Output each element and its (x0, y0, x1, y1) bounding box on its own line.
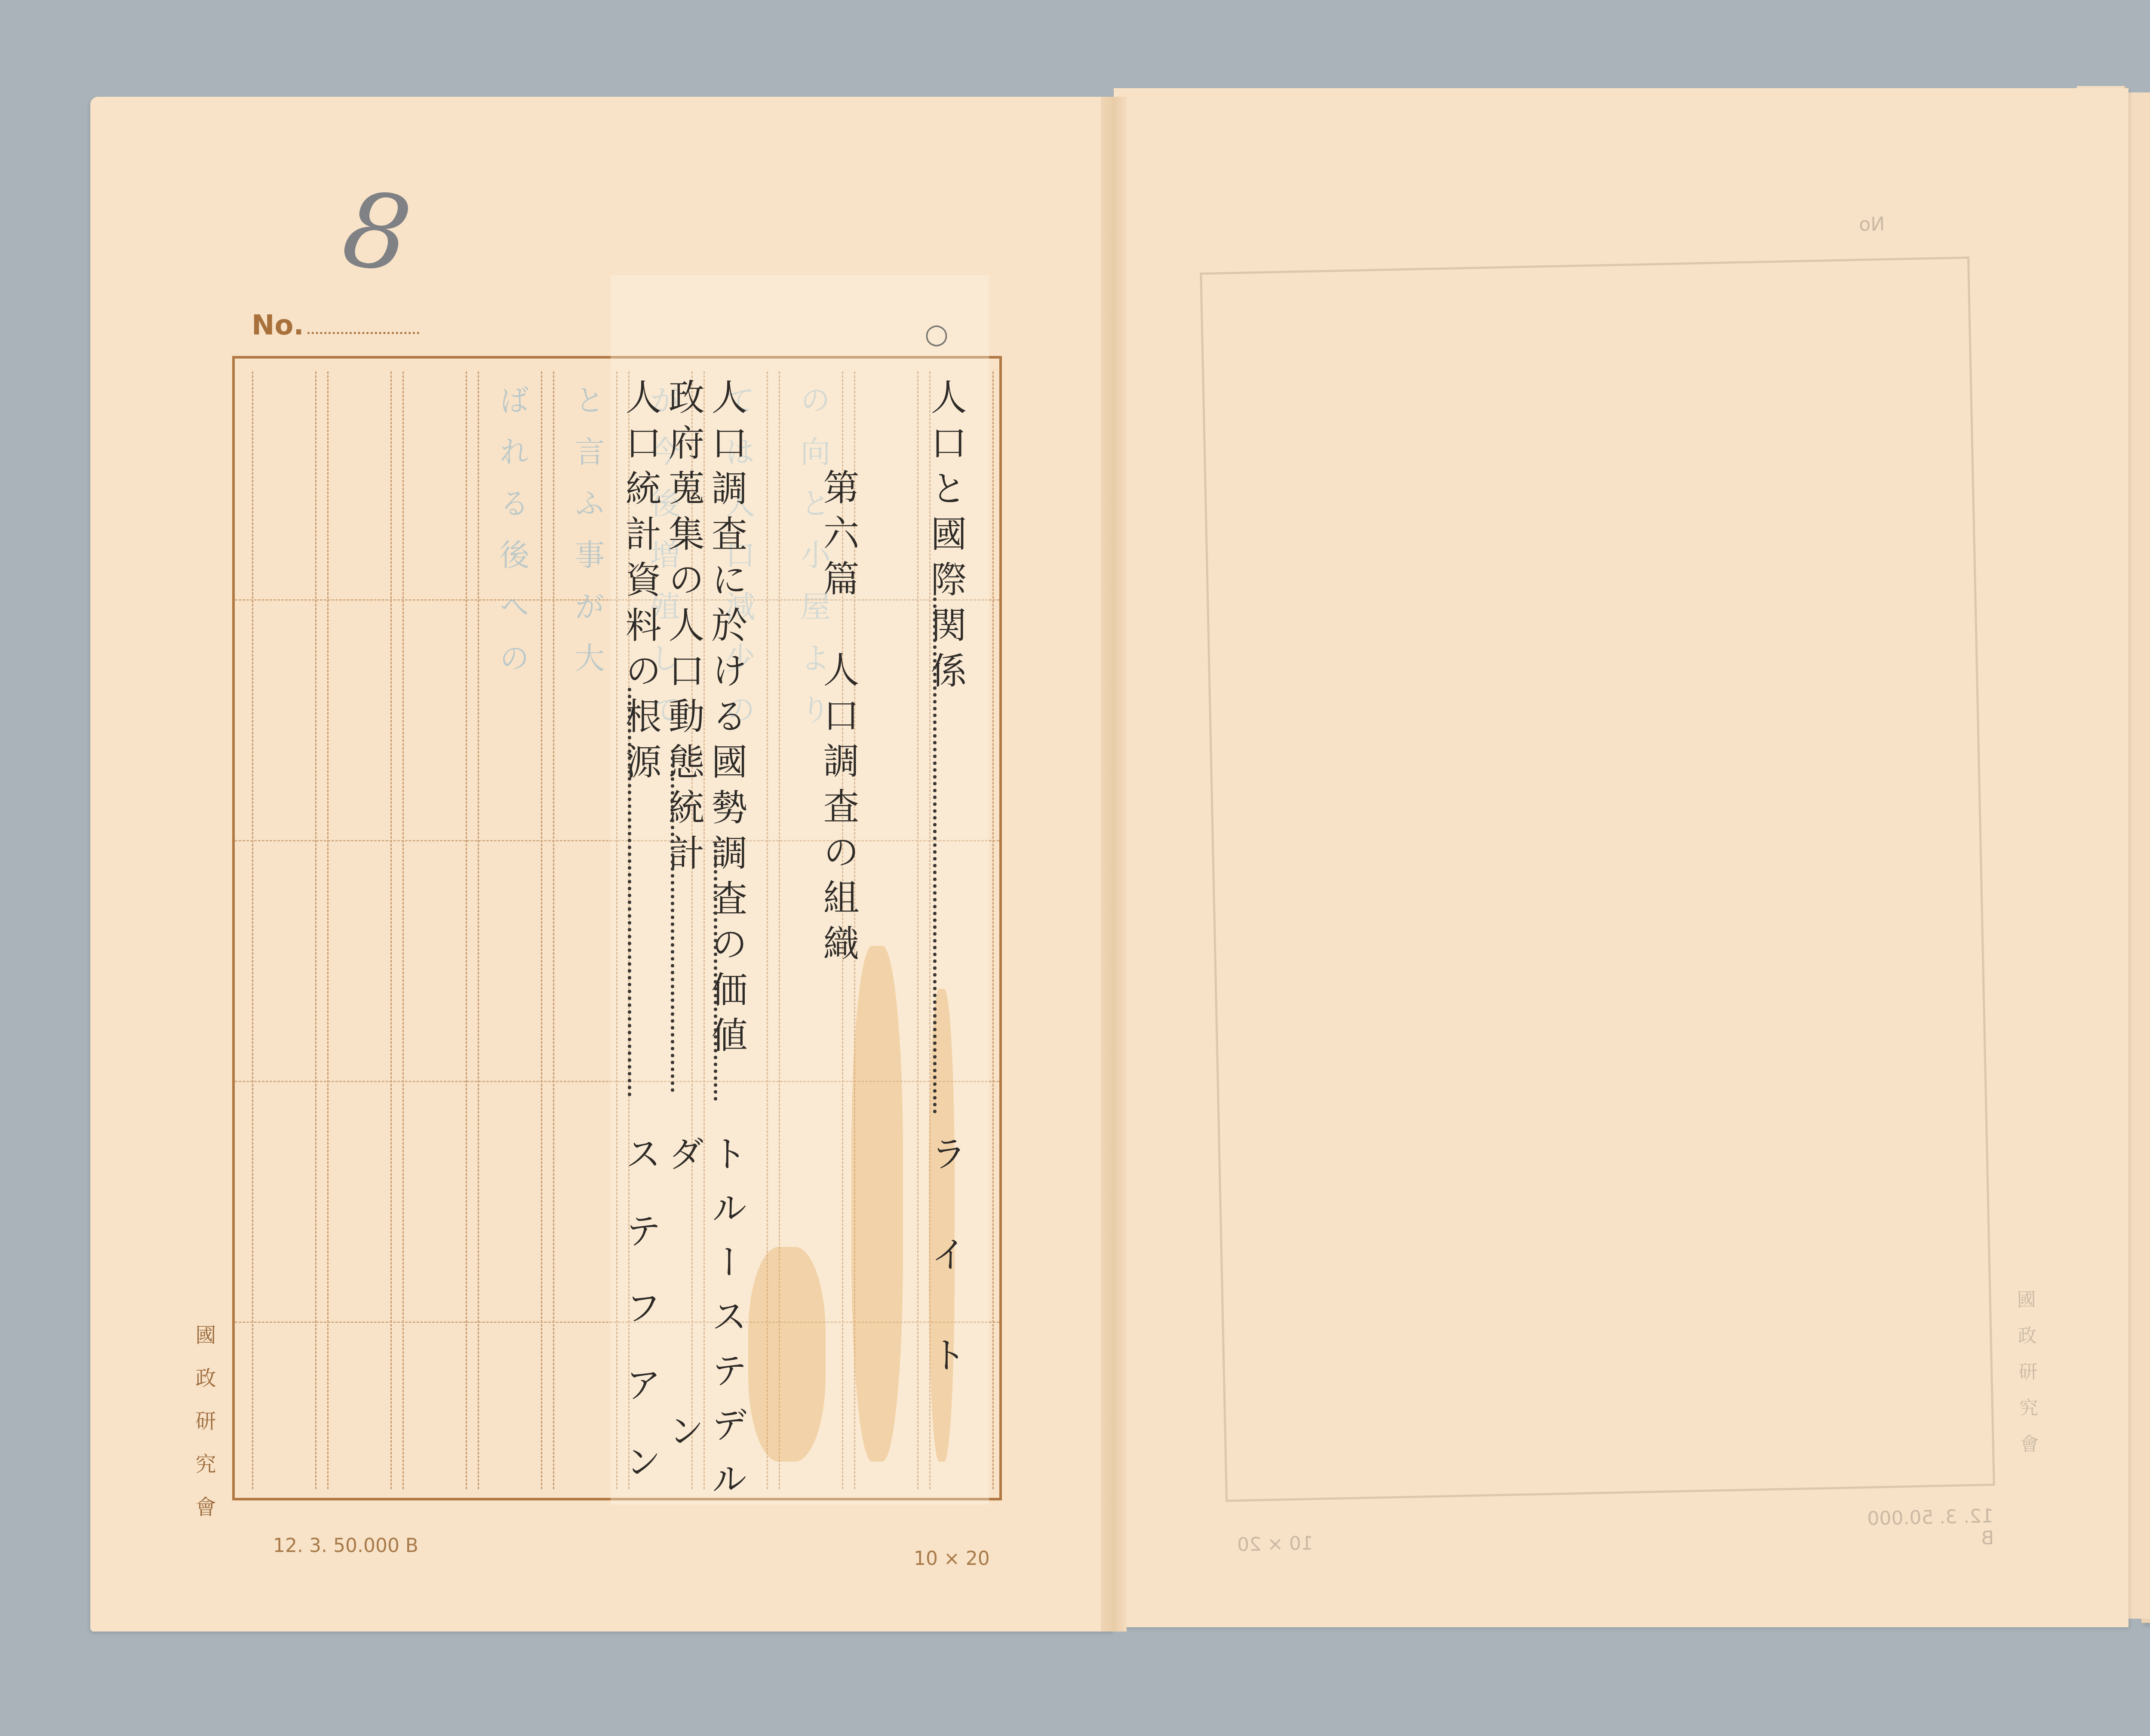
water-stain (851, 946, 903, 1462)
chapter-heading: 第六篇 人口調査の組織 (813, 469, 865, 970)
leader-dots (714, 843, 717, 1101)
leader-dots (671, 757, 674, 1092)
pale-handwriting: と言ふ事が大 (566, 384, 609, 694)
number-label: No. (252, 310, 304, 341)
contents-item: 人口統計資料の根源 (615, 378, 667, 788)
publisher-imprint: 國政研究會 (189, 1324, 219, 1539)
mirrored-grid-size: 10 × 20 (1237, 1532, 1314, 1556)
water-stain (748, 1247, 826, 1462)
mirrored-number-label: No (1859, 213, 1885, 236)
mirrored-print-code: 12. 3. 50.000 B (1852, 1505, 1994, 1552)
leader-dots (933, 598, 937, 1113)
book-gutter (1101, 97, 1127, 1632)
author-name: ステフアン (615, 1135, 667, 1520)
print-code: 12. 3. 50.000 B (273, 1535, 418, 1557)
leader-dots (628, 688, 631, 1096)
number-dotted-line (307, 332, 419, 334)
mirrored-publisher: 國政研究會 (2010, 1289, 2042, 1470)
pale-handwriting: ばれる後への (491, 384, 534, 694)
title-line: 人口と國際関係 (920, 378, 972, 697)
grid-size-label: 10 × 20 (914, 1548, 990, 1570)
show-through-grid: No 12. 3. 50.000 B 10 × 20 國政研究會 (1200, 257, 1995, 1502)
author-name: ライト (920, 1135, 972, 1437)
